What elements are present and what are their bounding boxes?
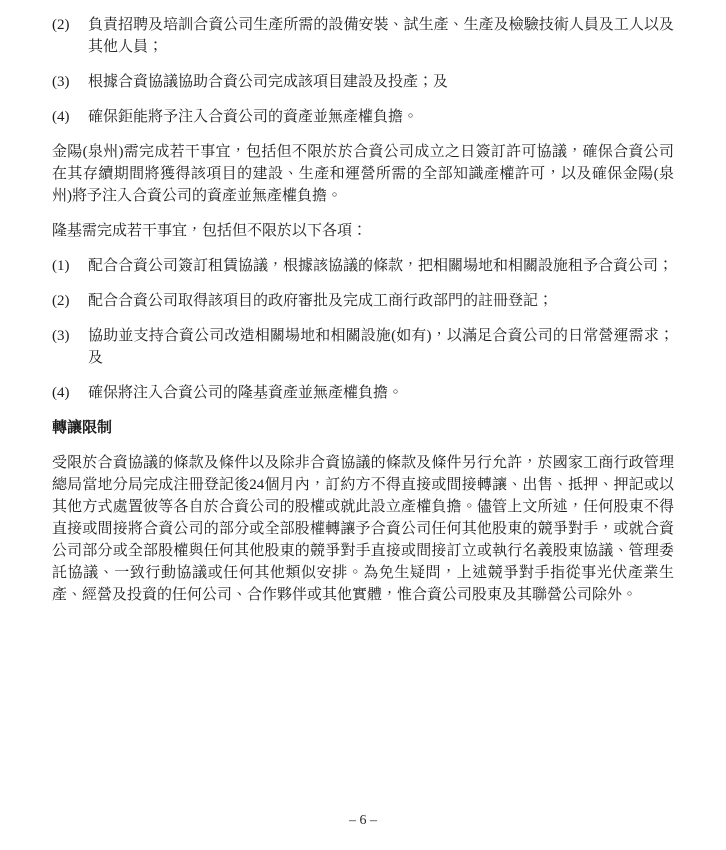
list-item-text: 配合合資公司簽訂租賃協議，根據該協議的條款，把相關場地和相關設施租予合資公司； <box>88 255 674 277</box>
list-item-text: 根據合資協議協助合資公司完成該項目建設及投產；及 <box>88 71 674 93</box>
list-item-number: (4) <box>52 106 88 128</box>
paragraph-jinyang-obligations: 金陽(泉州)需完成若干事宜，包括但不限於於合資公司成立之日簽訂許可協議，確保合資… <box>52 141 674 207</box>
paragraph-transfer-restriction: 受限於合資協議的條款及條件以及除非合資協議的條款及條件另行允許，於國家工商行政管… <box>52 452 674 606</box>
list-item: (4) 確保將注入合資公司的隆基資產並無產權負擔。 <box>52 382 674 404</box>
list-item-number: (4) <box>52 382 88 404</box>
page-number: – 6 – <box>0 810 726 832</box>
list-item-number: (3) <box>52 71 88 93</box>
list-item: (4) 確保鉅能將予注入合資公司的資產並無產權負擔。 <box>52 106 674 128</box>
list-item-text: 確保將注入合資公司的隆基資產並無產權負擔。 <box>88 382 674 404</box>
list-item-number: (2) <box>52 14 88 58</box>
section-heading-transfer-restriction: 轉讓限制 <box>52 417 674 439</box>
list-item-text: 確保鉅能將予注入合資公司的資產並無產權負擔。 <box>88 106 674 128</box>
list-item: (3) 協助並支持合資公司改造相關場地和相關設施(如有)，以滿足合資公司的日常營… <box>52 325 674 369</box>
list-item-number: (3) <box>52 325 88 369</box>
list-item-text: 協助並支持合資公司改造相關場地和相關設施(如有)，以滿足合資公司的日常營運需求；… <box>88 325 674 369</box>
document-page: (2) 負責招聘及培訓合資公司生產所需的設備安裝、試生產、生產及檢驗技術人員及工… <box>0 0 726 850</box>
list-item: (1) 配合合資公司簽訂租賃協議，根據該協議的條款，把相關場地和相關設施租予合資… <box>52 255 674 277</box>
list-item: (2) 配合合資公司取得該項目的政府審批及完成工商行政部門的註冊登記； <box>52 290 674 312</box>
list-item-number: (2) <box>52 290 88 312</box>
list-item: (3) 根據合資協議協助合資公司完成該項目建設及投產；及 <box>52 71 674 93</box>
list-item-number: (1) <box>52 255 88 277</box>
list-item: (2) 負責招聘及培訓合資公司生產所需的設備安裝、試生產、生產及檢驗技術人員及工… <box>52 14 674 58</box>
paragraph-longi-intro: 隆基需完成若干事宜，包括但不限於以下各項： <box>52 220 674 242</box>
list-item-text: 配合合資公司取得該項目的政府審批及完成工商行政部門的註冊登記； <box>88 290 674 312</box>
list-item-text: 負責招聘及培訓合資公司生產所需的設備安裝、試生產、生產及檢驗技術人員及工人以及其… <box>88 14 674 58</box>
